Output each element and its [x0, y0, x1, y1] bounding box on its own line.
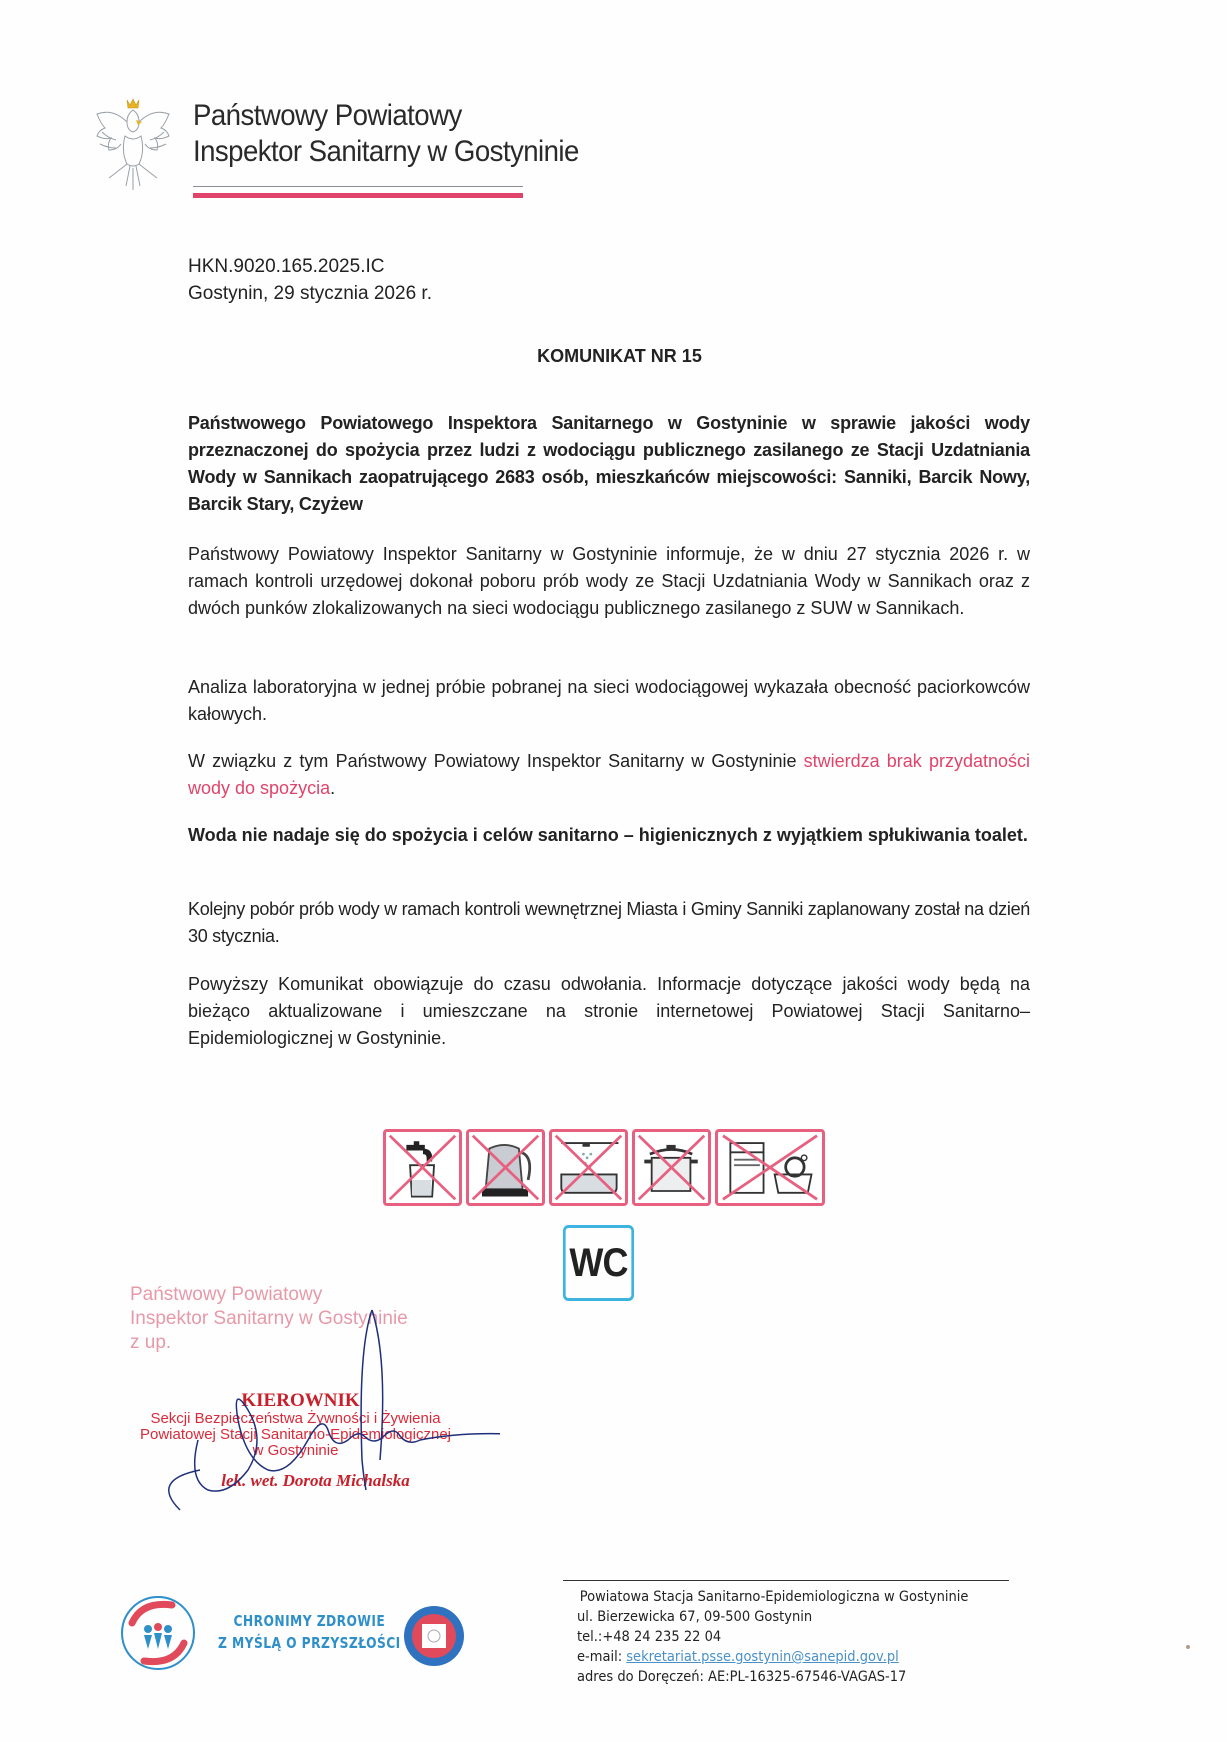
paragraph-finding: W związku z tym Państwowy Powiatowy Insp… [188, 748, 1030, 802]
signatory-role: KIEROWNIK [140, 1393, 451, 1409]
institution-name: Powiatowa Stacja Sanitarno-Epidemiologic… [577, 1587, 968, 1607]
header-accent-bar [193, 193, 523, 198]
no-kettle-icon [466, 1129, 545, 1206]
issuer-title-line2: Inspektor Sanitarny w Gostyninie [193, 134, 579, 170]
signatory-unit2: Powiatowej Stacji Sanitarno-Epidemiologi… [140, 1427, 451, 1443]
authority-stamp: Państwowy Powiatowy Inspektor Sanitarny … [130, 1283, 408, 1355]
paragraph-warning: Woda nie nadaje się do spożycia i celów … [188, 822, 1030, 849]
reference-block: HKN.9020.165.2025.IC Gostynin, 29 styczn… [188, 253, 432, 307]
lead-paragraph: Państwowego Powiatowego Inspektora Sanit… [188, 410, 1030, 518]
chronimy-zdrowie-logo-icon [118, 1593, 198, 1673]
paragraph-analysis: Analiza laboratoryjna w jednej próbie po… [188, 674, 1030, 728]
prohibited-uses-pictograms [383, 1129, 825, 1206]
stamp-line3: z up. [130, 1331, 408, 1355]
stamp-line2: Inspektor Sanitarny w Gostyninie [130, 1307, 408, 1331]
signatory-stamp: KIEROWNIK Sekcji Bezpieczeństwa Żywności… [140, 1393, 451, 1489]
institution-address: ul. Bierzewicka 67, 09-500 Gostynin [577, 1607, 968, 1627]
header-divider [193, 186, 523, 187]
case-number: HKN.9020.165.2025.IC [188, 253, 432, 280]
email-link[interactable]: sekretariat.psse.gostynin@sanepid.gov.pl [626, 1649, 899, 1665]
signatory-unit3: w Gostyninie [140, 1443, 451, 1459]
slogan-line2: Z MYŚLĄ O PRZYSZŁOŚCI [218, 1632, 401, 1654]
issuer-title-line1: Państwowy Powiatowy [193, 98, 579, 134]
issuer-title: Państwowy Powiatowy Inspektor Sanitarny … [193, 98, 579, 170]
delivery-address: adres do Doręczeń: AE:PL-16325-67546-VAG… [577, 1667, 968, 1687]
paragraph-sampling: Państwowy Powiatowy Inspektor Sanitarny … [188, 541, 1030, 622]
document-title: KOMUNIKAT NR 15 [0, 346, 1227, 367]
no-dishwashing-icon [715, 1129, 825, 1206]
institution-email-line: e-mail: sekretariat.psse.gostynin@sanepi… [577, 1647, 968, 1667]
scan-speck [1186, 1645, 1190, 1649]
polish-eagle-emblem-icon [92, 92, 174, 202]
no-bathing-icon [549, 1129, 628, 1206]
no-cooking-icon [632, 1129, 711, 1206]
wc-allowed-icon: WC [563, 1225, 634, 1301]
slogan: CHRONIMY ZDROWIE Z MYŚLĄ O PRZYSZŁOŚCI [218, 1610, 401, 1654]
paragraph-validity: Powyższy Komunikat obowiązuje do czasu o… [188, 971, 1030, 1052]
signatory-name: lek. wet. Dorota Michalska [140, 1473, 451, 1489]
paragraph-next-sampling: Kolejny pobór prób wody w ramach kontrol… [188, 896, 1030, 950]
institution-phone: tel.:+48 24 235 22 04 [577, 1627, 968, 1647]
slogan-line1: CHRONIMY ZDROWIE [218, 1610, 401, 1632]
place-date: Gostynin, 29 stycznia 2026 r. [188, 280, 432, 307]
sanitary-inspection-seal-icon [402, 1603, 466, 1669]
stamp-line1: Państwowy Powiatowy [130, 1283, 408, 1307]
signatory-unit1: Sekcji Bezpieczeństwa Żywności i Żywieni… [140, 1411, 451, 1427]
no-drinking-tap-water-icon [383, 1129, 462, 1206]
contact-block: Powiatowa Stacja Sanitarno-Epidemiologic… [577, 1587, 968, 1687]
footer-divider [563, 1580, 1009, 1581]
